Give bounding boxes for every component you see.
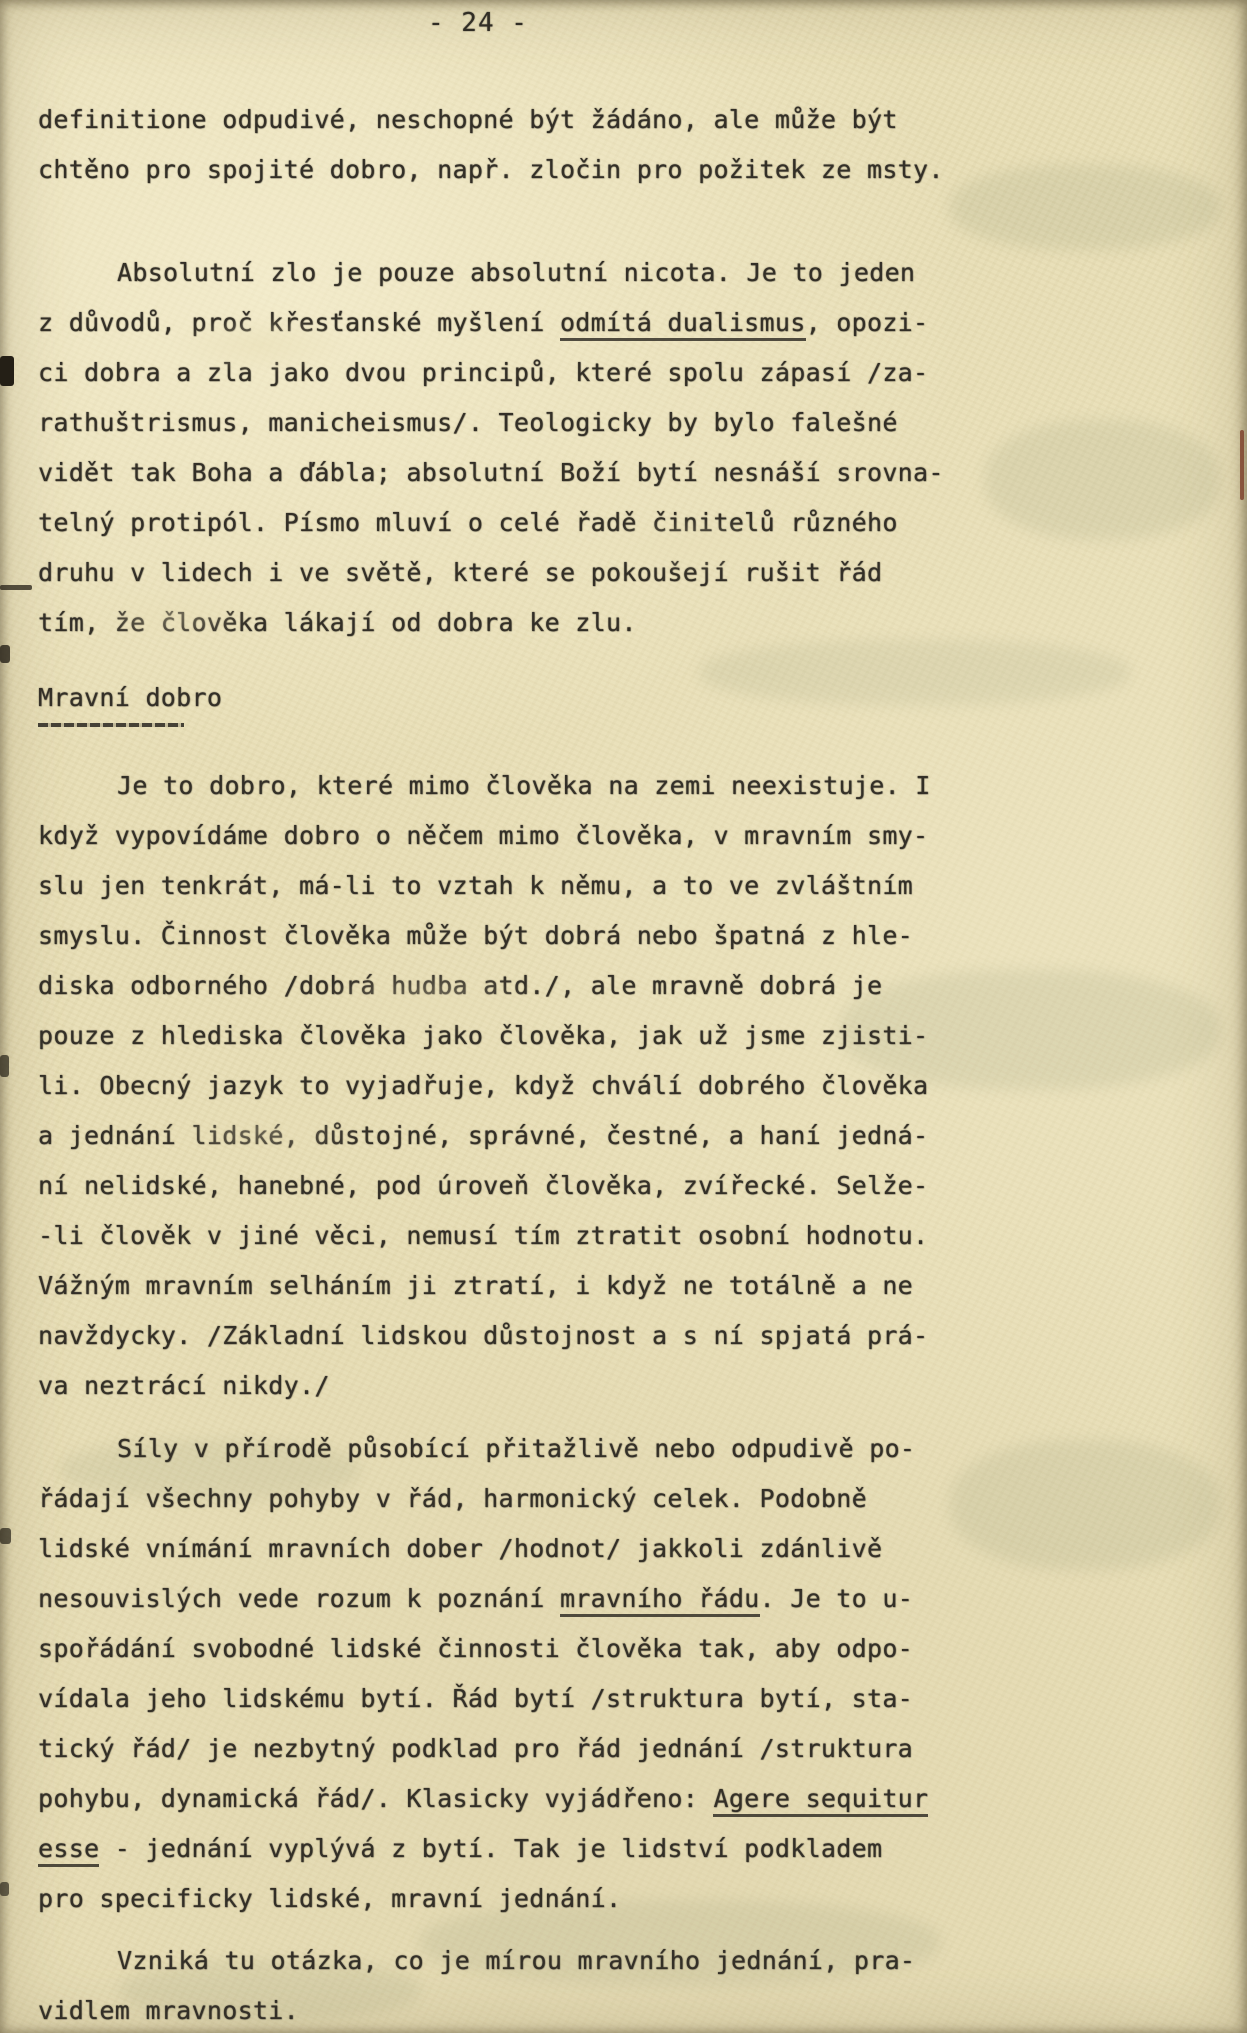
text-line: lidské vnímání mravních dober /hodnot/ j… <box>38 1524 1227 1574</box>
text-segment: spořádání svobodné lidské činnosti člově… <box>38 1634 913 1663</box>
scan-artifact <box>0 356 14 386</box>
text-line: když vypovídáme dobro o něčem mimo člově… <box>38 811 1227 861</box>
page-number: - 24 - <box>428 8 528 38</box>
text-line: a jednání lidské, důstojné, správné, čes… <box>38 1111 1227 1161</box>
scan-artifact <box>0 585 32 590</box>
text-line: li. Obecný jazyk to vyjadřuje, když chvá… <box>38 1061 1227 1111</box>
text-line: vídala jeho lidskému bytí. Řád bytí /str… <box>38 1674 1227 1724</box>
text-segment: a jednání lidské, důstojné, správné, čes… <box>38 1121 928 1150</box>
underlined-text: mravního řádu <box>560 1584 760 1617</box>
text-line: Je to dobro, které mimo člověka na zemi … <box>38 761 1227 811</box>
text-line: z důvodů, proč křesťanské myšlení odmítá… <box>38 298 1227 348</box>
text-segment: pouze z hlediska člověka jako člověka, j… <box>38 1021 928 1050</box>
text-line: Síly v přírodě působící přitažlivě nebo … <box>38 1424 1227 1474</box>
text-line: navždycky. /Základní lidskou důstojnost … <box>38 1311 1227 1361</box>
text-line: tím, že člověka lákají od dobra ke zlu. <box>38 598 1227 648</box>
text-line: va neztrácí nikdy./ <box>38 1361 1227 1411</box>
text-line: -li člověk v jiné věci, nemusí tím ztrat… <box>38 1211 1227 1261</box>
paragraph: Síly v přírodě působící přitažlivě nebo … <box>38 1424 1227 1924</box>
text-segment: Vážným mravním selháním ji ztratí, i kdy… <box>38 1271 913 1300</box>
text-segment: definitione odpudivé, neschopné být žádá… <box>38 105 898 134</box>
scan-artifact <box>1240 430 1244 500</box>
text-segment: -li člověk v jiné věci, nemusí tím ztrat… <box>38 1221 928 1250</box>
text-segment: nesouvislých vede rozum k poznání <box>38 1584 560 1613</box>
paragraph: Vzniká tu otázka, co je mírou mravního j… <box>38 1936 1227 2033</box>
underlined-text: esse <box>38 1834 99 1867</box>
text-segment: pohybu, dynamická řád/. Klasicky vyjádře… <box>38 1784 713 1813</box>
section-heading: Mravní dobro <box>38 678 1227 727</box>
text-line: rathuštrismus, manicheismus/. Teologicky… <box>38 398 1227 448</box>
paragraph: definitione odpudivé, neschopné být žádá… <box>38 95 1227 195</box>
text-line: telný protipól. Písmo mluví o celé řadě … <box>38 498 1227 548</box>
text-segment: tím, že člověka lákají od dobra ke zlu. <box>38 608 637 637</box>
text-segment: z důvodů, proč křesťanské myšlení <box>38 308 560 337</box>
text-line: ní nelidské, hanebné, pod úroveň člověka… <box>38 1161 1227 1211</box>
text-segment: smyslu. Činnost člověka může být dobrá n… <box>38 921 913 950</box>
text-segment: , opozi- <box>806 308 929 337</box>
text-line: vidlem mravnosti. <box>38 1986 1227 2033</box>
text-segment: navždycky. /Základní lidskou důstojnost … <box>38 1321 928 1350</box>
text-segment: va neztrácí nikdy./ <box>38 1371 330 1400</box>
text-line: definitione odpudivé, neschopné být žádá… <box>38 95 1227 145</box>
paragraph: Absolutní zlo je pouze absolutní nicota.… <box>38 248 1227 648</box>
paragraph: Je to dobro, které mimo člověka na zemi … <box>38 761 1227 1411</box>
text-line: Absolutní zlo je pouze absolutní nicota.… <box>38 248 1227 298</box>
text-line: smyslu. Činnost člověka může být dobrá n… <box>38 911 1227 961</box>
text-segment: li. Obecný jazyk to vyjadřuje, když chvá… <box>38 1071 928 1100</box>
text-segment: Absolutní zlo je pouze absolutní nicota.… <box>117 258 915 287</box>
text-segment: Vzniká tu otázka, co je mírou mravního j… <box>117 1946 915 1975</box>
underlined-text: Agere sequitur <box>713 1784 928 1817</box>
text-segment: když vypovídáme dobro o něčem mimo člově… <box>38 821 928 850</box>
text-line: slu jen tenkrát, má-li to vztah k němu, … <box>38 861 1227 911</box>
text-line: pouze z hlediska člověka jako člověka, j… <box>38 1011 1227 1061</box>
heading-underline <box>38 723 184 727</box>
text-segment: slu jen tenkrát, má-li to vztah k němu, … <box>38 871 913 900</box>
document-text: definitione odpudivé, neschopné být žádá… <box>38 95 1227 2033</box>
text-line: nesouvislých vede rozum k poznání mravní… <box>38 1574 1227 1624</box>
text-line: druhu v lidech i ve světě, které se poko… <box>38 548 1227 598</box>
text-segment: ci dobra a zla jako dvou principů, které… <box>38 358 928 387</box>
text-segment: vídala jeho lidskému bytí. Řád bytí /str… <box>38 1684 913 1713</box>
text-segment: vidlem mravnosti. <box>38 1996 299 2025</box>
text-line: Vzniká tu otázka, co je mírou mravního j… <box>38 1936 1227 1986</box>
text-segment: ní nelidské, hanebné, pod úroveň člověka… <box>38 1171 928 1200</box>
text-segment: telný protipól. Písmo mluví o celé řadě … <box>38 508 898 537</box>
text-segment: chtěno pro spojité dobro, např. zločin p… <box>38 155 944 184</box>
text-line: řádají všechny pohyby v řád, harmonický … <box>38 1474 1227 1524</box>
text-segment: řádají všechny pohyby v řád, harmonický … <box>38 1484 867 1513</box>
text-line: esse - jednání vyplývá z bytí. Tak je li… <box>38 1824 1227 1874</box>
text-segment: diska odborného /dobrá hudba atd./, ale … <box>38 971 882 1000</box>
section-heading-text: Mravní dobro <box>38 678 1227 718</box>
scanned-document-page: - 24 - definitione odpudivé, neschopné b… <box>0 0 1247 2033</box>
text-line: chtěno pro spojité dobro, např. zločin p… <box>38 145 1227 195</box>
text-segment: pro specificky lidské, mravní jednání. <box>38 1884 621 1913</box>
scan-artifact <box>0 645 10 663</box>
text-line: pro specificky lidské, mravní jednání. <box>38 1874 1227 1924</box>
text-line: ci dobra a zla jako dvou principů, které… <box>38 348 1227 398</box>
text-line: Vážným mravním selháním ji ztratí, i kdy… <box>38 1261 1227 1311</box>
text-segment: . Je to u- <box>760 1584 914 1613</box>
text-segment: rathuštrismus, manicheismus/. Teologicky… <box>38 408 898 437</box>
text-segment: tický řád/ je nezbytný podklad pro řád j… <box>38 1734 913 1763</box>
text-line: spořádání svobodné lidské činnosti člově… <box>38 1624 1227 1674</box>
scan-artifact <box>0 1528 11 1544</box>
scan-artifact <box>0 1055 9 1077</box>
text-line: vidět tak Boha a ďábla; absolutní Boží b… <box>38 448 1227 498</box>
text-line: pohybu, dynamická řád/. Klasicky vyjádře… <box>38 1774 1227 1824</box>
text-segment: druhu v lidech i ve světě, které se poko… <box>38 558 882 587</box>
text-segment: Je to dobro, které mimo člověka na zemi … <box>117 771 931 800</box>
text-segment: vidět tak Boha a ďábla; absolutní Boží b… <box>38 458 944 487</box>
text-line: diska odborného /dobrá hudba atd./, ale … <box>38 961 1227 1011</box>
text-segment: lidské vnímání mravních dober /hodnot/ j… <box>38 1534 882 1563</box>
text-line: tický řád/ je nezbytný podklad pro řád j… <box>38 1724 1227 1774</box>
text-segment: Síly v přírodě působící přitažlivě nebo … <box>117 1434 915 1463</box>
underlined-text: odmítá dualismus <box>560 308 806 341</box>
scan-artifact <box>0 1882 9 1896</box>
text-segment: - jednání vyplývá z bytí. Tak je lidství… <box>99 1834 882 1863</box>
